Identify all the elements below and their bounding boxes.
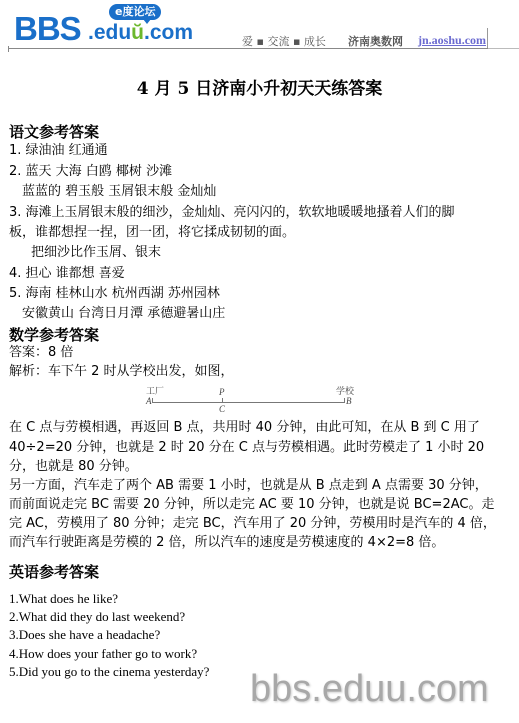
- english-answer-line: 1.What does he like?: [9, 591, 118, 607]
- chinese-answer-line: 2. 蓝天 大海 白鸥 椰树 沙滩: [9, 162, 172, 181]
- diagram-point-p: P: [219, 387, 225, 397]
- math-paragraph-line: 而前面说走完 BC 需要 20 分钟，所以走完 AC 要 10 分钟，也就是说 …: [9, 495, 494, 514]
- chinese-answer-line: 3. 海滩上玉屑银末般的细沙，金灿灿、亮闪闪的，软软地暖暖地搔着人们的脚: [9, 203, 455, 222]
- math-paragraph-line: 另一方面，汽车走了两个 AB 需要 1 小时，也就是从 B 点走到 A 点需要 …: [9, 476, 488, 495]
- section-heading-english: 英语参考答案: [9, 561, 99, 582]
- logo-domain-text: .eduŭ.com: [88, 22, 193, 44]
- diagram-tick: [152, 398, 153, 403]
- chinese-answer-line: 蓝蓝的 碧玉般 玉屑银末般 金灿灿: [22, 182, 216, 201]
- logo-domain-prefix: .edu: [88, 21, 131, 44]
- math-paragraph-line: 分，也就是 80 分钟。: [9, 457, 138, 476]
- header-site-name: 济南奥数网: [348, 33, 403, 49]
- diagram-point-b: B: [346, 396, 352, 406]
- english-answer-line: 3.Does she have a headache?: [9, 627, 160, 643]
- chinese-answer-line: 板，谁都想捏一捏，团一团，将它揉成韧韧的面。: [9, 223, 295, 242]
- page-title: 4 月 5 日济南小升初天天练答案: [0, 74, 519, 99]
- diagram-point-c: C: [219, 404, 225, 414]
- math-paragraph-line: 40÷2=20 分钟，也就是 2 时 20 分在 C 点与劳模相遇。此时劳模走了…: [9, 438, 484, 457]
- watermark: bbs.eduu.com: [250, 668, 489, 711]
- chinese-answer-line: 安徽黄山 台湾日月潭 承德避暑山庄: [22, 304, 225, 323]
- logo-forum-bubble: e度论坛: [109, 4, 161, 20]
- math-paragraph-line: 而汽车行驶距离是劳模的 2 倍，所以汽车的速度是劳模速度的 4×2=8 倍。: [9, 533, 444, 552]
- section-heading-chinese: 语文参考答案: [9, 121, 99, 142]
- math-paragraph-line: 完 AC，劳模用了 80 分钟；走完 BC，汽车用了 20 分钟，劳模用时是汽车…: [9, 514, 496, 533]
- line-segment-diagram: 工厂 A P C 学校 B: [146, 384, 356, 414]
- header-slogan: 爱 ▪ 交流 ▪ 成长: [242, 33, 326, 49]
- header-divider-tick: [8, 46, 9, 52]
- header-site-link[interactable]: jn.aoshu.com: [418, 33, 486, 48]
- english-answer-line: 4.How does your father go to work?: [9, 646, 197, 662]
- diagram-tick: [344, 398, 345, 403]
- chinese-answer-line: 把细沙比作玉屑、银末: [31, 243, 161, 262]
- diagram-point-a: A: [146, 396, 152, 406]
- english-answer-line: 5.Did you go to the cinema yesterday?: [9, 664, 209, 680]
- chinese-answer-line: 5. 海南 桂林山水 杭州西湖 苏州园林: [9, 284, 220, 303]
- math-analysis-intro: 解析：车下午 2 时从学校出发，如图，: [9, 362, 234, 381]
- section-heading-math: 数学参考答案: [9, 324, 99, 345]
- logo-domain-green: ŭ: [131, 21, 144, 44]
- diagram-tick: [222, 398, 223, 403]
- chinese-answer-line: 4. 担心 谁都想 喜爱: [9, 264, 125, 283]
- math-answer: 答案：8 倍: [9, 343, 73, 362]
- logo-bbs-text: BBS: [14, 12, 81, 46]
- header-divider-tick: [487, 28, 488, 48]
- logo-domain-suffix: .com: [144, 21, 193, 44]
- chinese-answer-line: 1. 绿油油 红通通: [9, 141, 108, 160]
- english-answer-line: 2.What did they do last weekend?: [9, 609, 185, 625]
- header-divider: [488, 48, 519, 49]
- diagram-segment-ab: [152, 402, 344, 403]
- math-paragraph-line: 在 C 点与劳模相遇，再返回 B 点，共用时 40 分钟，由此可知，在从 B 到…: [9, 418, 480, 437]
- page-header: BBS .eduŭ.com e度论坛 爱 ▪ 交流 ▪ 成长 济南奥数网 jn.…: [0, 0, 519, 50]
- header-divider: [8, 48, 488, 49]
